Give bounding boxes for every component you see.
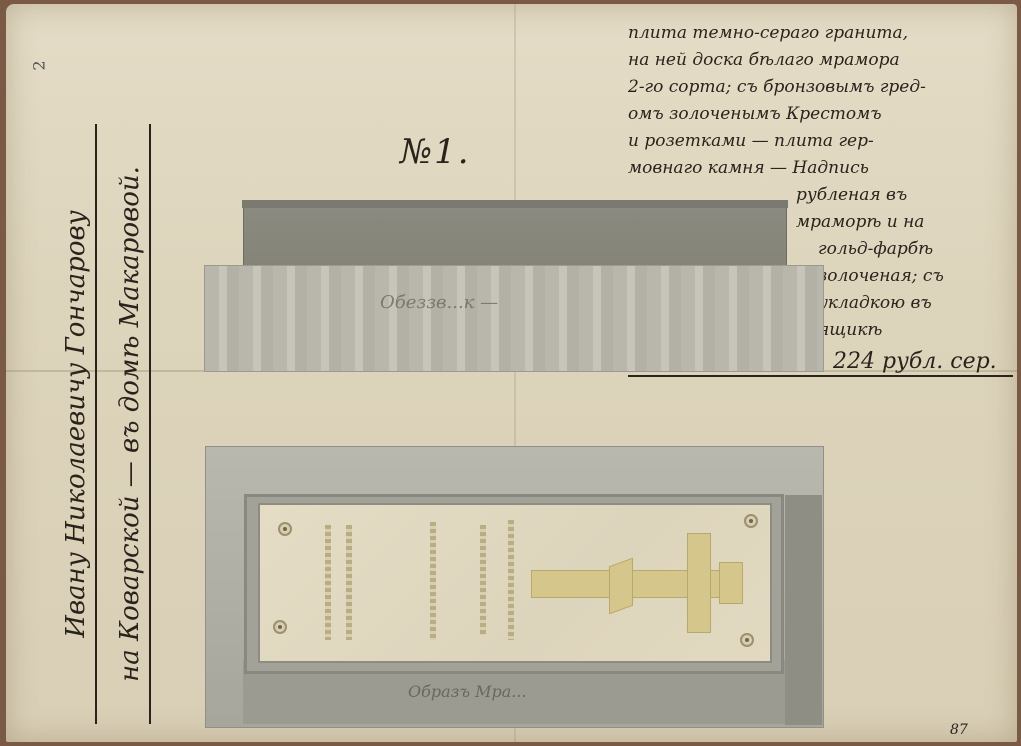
granite-slab-elevation: [243, 205, 787, 267]
stone-base-elevation: [204, 265, 824, 372]
note-line: мовнаго камня — Надпись: [628, 155, 1013, 182]
note-line: омъ золоченымъ Крестомъ: [628, 101, 1013, 128]
rosette-icon: [273, 620, 287, 634]
page-number: 2: [30, 60, 49, 70]
inscription-line: [325, 525, 331, 640]
orthodox-cross-icon-vertical: [687, 533, 711, 633]
addressee-name: Ивану Николаевичу Гончарову: [61, 124, 97, 724]
plan-inscription: Образъ Мра...: [408, 682, 527, 701]
note-line: и розетками — плита гер-: [628, 128, 1013, 155]
note-line: 2-го сорта; съ бронзовымъ гред-: [628, 74, 1013, 101]
inscription-line: [480, 525, 486, 635]
inscription-line: [346, 525, 352, 640]
plan-shadow-side: [785, 495, 822, 725]
elevation-inscription: Обеззв...к —: [380, 292, 498, 313]
inscription-line: [508, 520, 514, 640]
inscription-line: [430, 522, 436, 640]
orthodox-cross-icon-slant: [609, 558, 633, 615]
orthodox-cross-icon-top: [719, 562, 743, 604]
rosette-icon: [744, 514, 758, 528]
design-number-title: №1.: [400, 132, 471, 172]
addressee-block: Ивану Николаевичу Гончарову на Коварской…: [61, 124, 169, 724]
rosette-icon: [740, 633, 754, 647]
rosette-icon: [278, 522, 292, 536]
note-line: плита темно-сераго гранита,: [628, 20, 1013, 47]
note-line: на ней доска бѣлаго мрамора: [628, 47, 1013, 74]
addressee-location: на Коварской — въ домѣ Макаровой.: [115, 124, 151, 724]
corner-mark: 87: [950, 722, 968, 738]
